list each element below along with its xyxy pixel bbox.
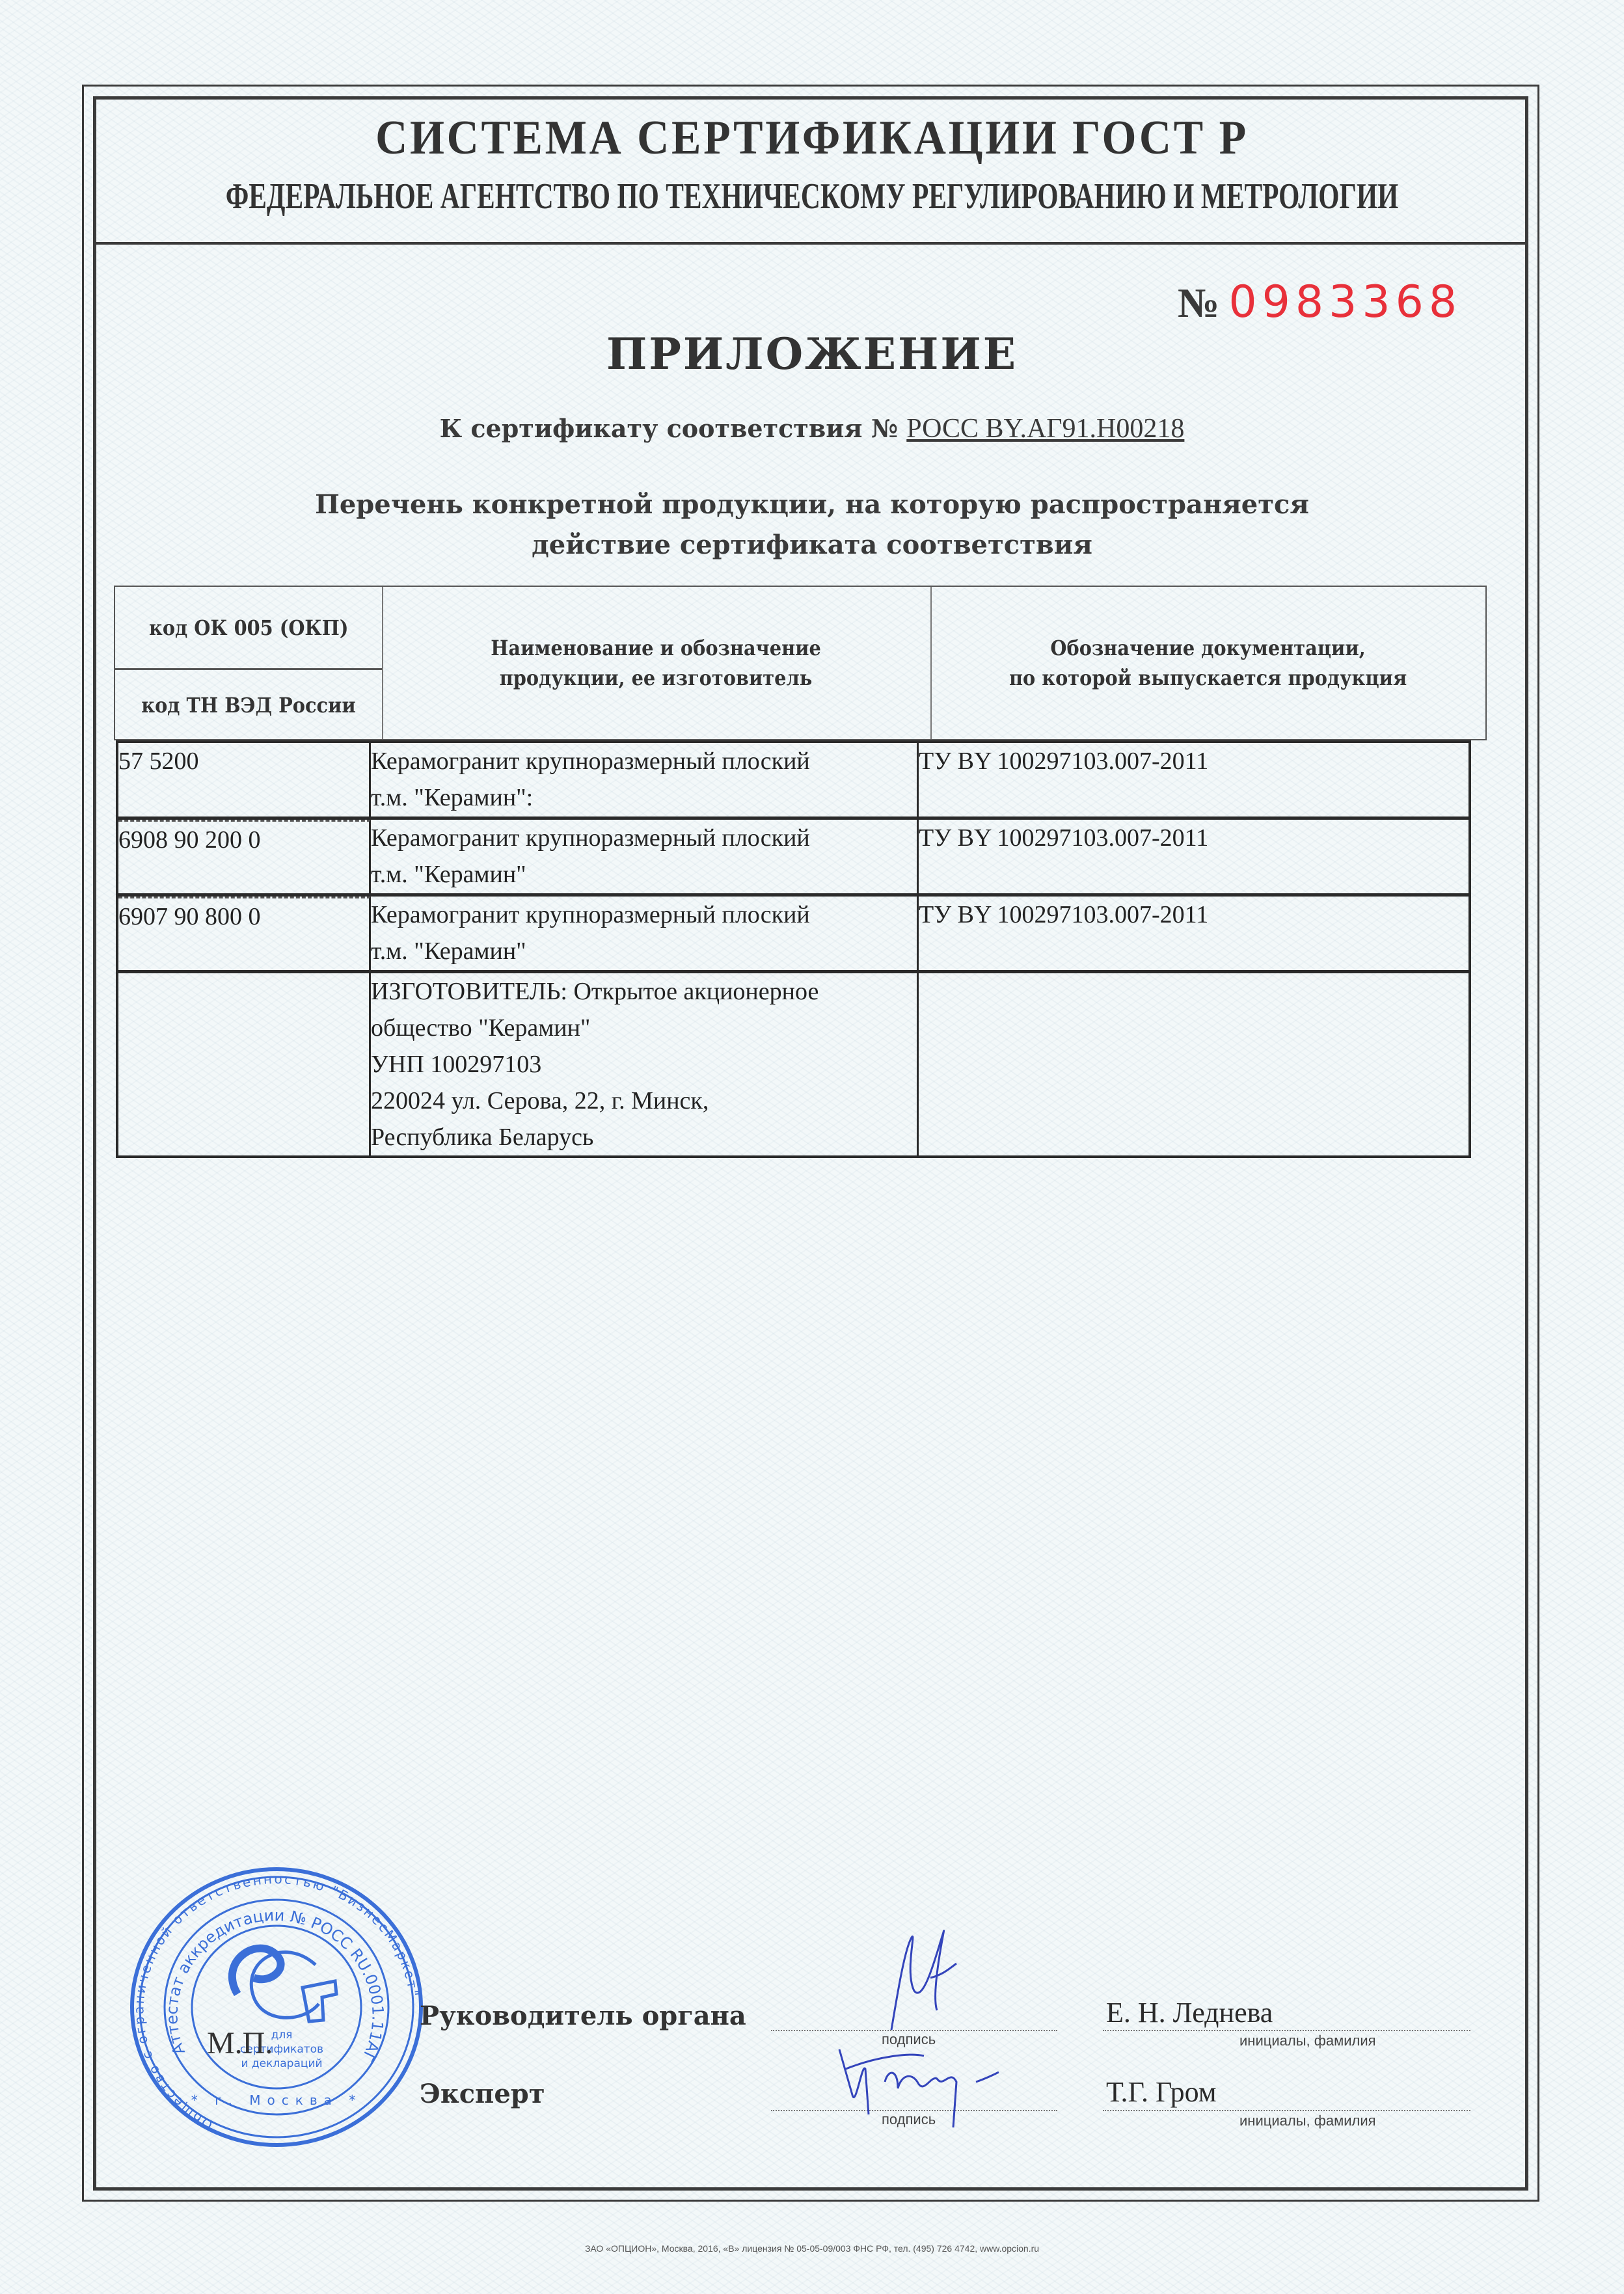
code-header-column: код ОК 005 (ОКП) код ТН ВЭД России (115, 587, 383, 739)
row-doc: ТУ BY 100297103.007-2011 (919, 897, 1468, 970)
name-line (1103, 2110, 1470, 2111)
form-number: №0983368 (1178, 277, 1462, 328)
name-caption: инициалы, фамилия (1239, 2032, 1376, 2049)
list-title: Перечень конкретной продукции, на котору… (0, 485, 1624, 565)
certificate-ref-number: РОСС BY.АГ91.Н00218 (906, 414, 1184, 444)
header-code-okp: код ОК 005 (ОКП) (149, 613, 348, 643)
rst-logo-icon (232, 1949, 336, 2021)
manufacturer-info: ИЗГОТОВИТЕЛЬ: Открытое акционерное общес… (371, 973, 919, 1155)
header-documentation: Обозначение документации, по которой вып… (1009, 633, 1407, 693)
signature-handwritten-2 (826, 2043, 1048, 2134)
name-caption: инициалы, фамилия (1239, 2112, 1376, 2129)
row-doc: ТУ BY 100297103.007-2011 (919, 820, 1468, 893)
seal-label: М.П. (207, 2025, 273, 2061)
table-row: 6908 90 200 0 Керамогранит крупноразмерн… (118, 816, 1468, 893)
signatory-name: Е. Н. Леднева (1106, 1996, 1273, 2029)
product-table: 57 5200 Керамогранит крупноразмерный пло… (116, 740, 1471, 1158)
row-code: 57 5200 (118, 743, 371, 816)
table-row: 6907 90 800 0 Керамогранит крупноразмерн… (118, 893, 1468, 970)
table-row: 57 5200 Керамогранит крупноразмерный пло… (118, 743, 1468, 816)
system-title: СИСТЕМА СЕРТИФИКАЦИИ ГОСТ Р (65, 111, 1559, 166)
row-code: 6908 90 200 0 (118, 820, 371, 893)
name-line (1103, 2030, 1470, 2031)
print-footer: ЗАО «ОПЦИОН», Москва, 2016, «В» лицензия… (0, 2243, 1624, 2254)
document-title: ПРИЛОЖЕНИЕ (0, 329, 1624, 379)
form-number-value: 0983368 (1228, 277, 1462, 328)
table-header: код ОК 005 (ОКП) код ТН ВЭД России Наиме… (114, 586, 1487, 740)
table-row-manufacturer: ИЗГОТОВИТЕЛЬ: Открытое акционерное общес… (118, 970, 1468, 1155)
signatory-name: Т.Г. Гром (1106, 2075, 1217, 2109)
row-doc (919, 973, 1468, 1155)
row-code (118, 973, 371, 1155)
row-name: Керамогранит крупноразмерный плоский т.м… (371, 820, 919, 893)
header-product-name: Наименование и обозначение продукции, ее… (491, 633, 822, 693)
row-name: Керамогранит крупноразмерный плоский т.м… (371, 897, 919, 970)
header-divider (96, 242, 1525, 245)
list-title-line: Перечень конкретной продукции, на котору… (0, 485, 1624, 525)
stamp-city: * г. Москва * (191, 2092, 362, 2108)
agency-title: ФЕДЕРАЛЬНОЕ АГЕНТСТВО ПО ТЕХНИЧЕСКОМУ РЕ… (211, 176, 1413, 217)
signatory-role: Эксперт (420, 2079, 545, 2109)
stamp-center-line: для (271, 2029, 293, 2042)
number-sign: № (1178, 280, 1219, 326)
certification-stamp: Общество с ограниченной ответственностью… (127, 1864, 426, 2150)
row-name: Керамогранит крупноразмерный плоский т.м… (371, 743, 919, 816)
certificate-ref-label: К сертификату соответствия № (440, 414, 898, 443)
signatory-role: Руководитель органа (420, 2001, 746, 2031)
header-code-tnved: код ТН ВЭД России (141, 690, 355, 720)
list-title-line: действие сертификата соответствия (0, 525, 1624, 565)
row-doc: ТУ BY 100297103.007-2011 (919, 743, 1468, 816)
row-code: 6907 90 800 0 (118, 897, 371, 970)
signature-handwritten-1 (865, 1913, 1022, 2036)
certificate-reference: К сертификату соответствия № РОСС BY.АГ9… (0, 413, 1624, 444)
